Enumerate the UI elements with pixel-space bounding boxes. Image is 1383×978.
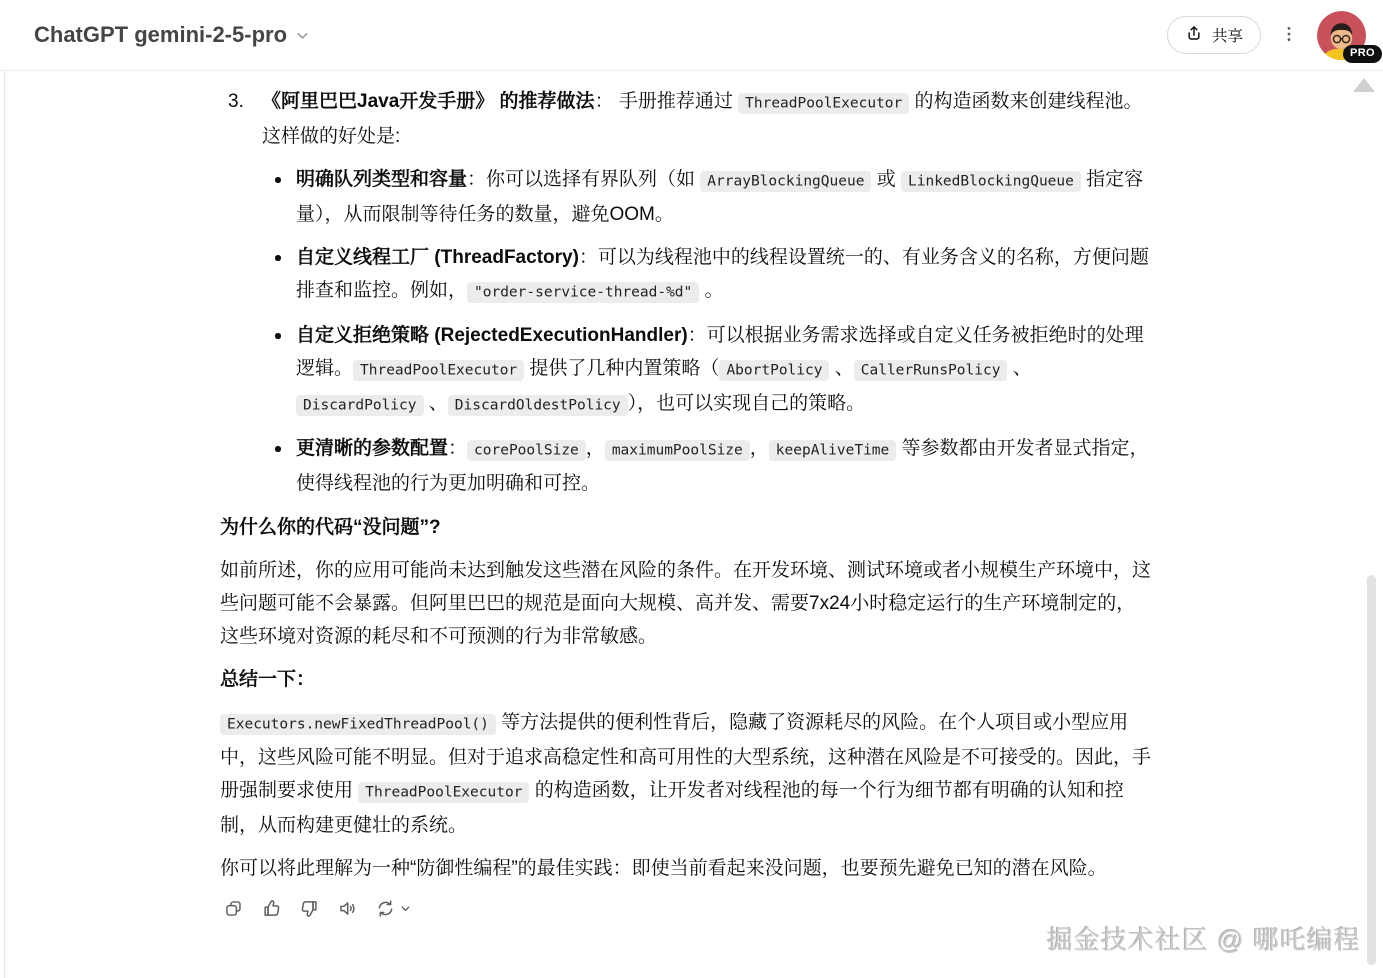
list-item-text: 《阿里巴巴Java开发手册》 的推荐做法： 手册推荐通过 ThreadPoolE… (262, 85, 1153, 153)
paragraph-summary: Executors.newFixedThreadPool() 等方法提供的便利性… (220, 706, 1153, 842)
watermark: 掘金技术社区 @ 哪吒编程 (1047, 920, 1361, 957)
bullet-list: 明确队列类型和容量：你可以选择有界队列（如 ArrayBlockingQueue… (220, 163, 1153, 500)
scroll-top-icon[interactable] (1353, 78, 1375, 92)
regenerate-icon (375, 898, 396, 922)
read-aloud-button[interactable] (337, 898, 358, 922)
good-response-button[interactable] (261, 898, 282, 922)
share-button[interactable]: 共享 (1167, 16, 1261, 54)
copy-icon (223, 898, 244, 922)
paragraph-why: 如前所述，你的应用可能尚未达到触发这些潜在风险的条件。在开发环境、测试环境或者小… (220, 554, 1153, 653)
regenerate-button[interactable] (375, 898, 412, 922)
scrollbar-thumb[interactable] (1367, 575, 1376, 965)
bullet-item-threadfactory: 自定义线程工厂 (ThreadFactory)：可以为线程池中的线程设置统一的、… (220, 241, 1153, 309)
share-label: 共享 (1212, 24, 1243, 46)
top-bar: ChatGPT gemini-2-5-pro 共享 (0, 0, 1383, 71)
header-actions: 共享 PRO (1167, 11, 1366, 60)
more-options-button[interactable] (1276, 16, 1302, 54)
thumbs-up-icon (261, 898, 282, 922)
thumbs-down-icon (299, 898, 320, 922)
window-left-edge (4, 0, 5, 978)
chevron-down-icon (399, 902, 412, 918)
paragraph-final: 你可以将此理解为一种“防御性编程”的最佳实践：即使当前看起来没问题，也要预先避免… (220, 852, 1153, 885)
assistant-message: 3. 《阿里巴巴Java开发手册》 的推荐做法： 手册推荐通过 ThreadPo… (220, 71, 1153, 922)
avatar[interactable]: PRO (1317, 11, 1366, 60)
heading-why-no-problem: 为什么你的代码“没问题”? (220, 511, 1153, 544)
list-number: 3. (220, 85, 262, 153)
page-title: ChatGPT gemini-2-5-pro (34, 22, 287, 48)
numbered-list-item-3: 3. 《阿里巴巴Java开发手册》 的推荐做法： 手册推荐通过 ThreadPo… (220, 85, 1153, 153)
read-aloud-icon (337, 898, 358, 922)
bad-response-button[interactable] (299, 898, 320, 922)
bullet-item-queue: 明确队列类型和容量：你可以选择有界队列（如 ArrayBlockingQueue… (220, 163, 1153, 231)
bullet-item-rejection-policy: 自定义拒绝策略 (RejectedExecutionHandler)：可以根据业… (220, 319, 1153, 422)
pro-badge: PRO (1343, 45, 1382, 62)
conversation-area: 3. 《阿里巴巴Java开发手册》 的推荐做法： 手册推荐通过 ThreadPo… (0, 71, 1383, 922)
copy-button[interactable] (223, 898, 244, 922)
bullet-item-params: 更清晰的参数配置：corePoolSize，maximumPoolSize，ke… (220, 432, 1153, 500)
heading-summary: 总结一下： (220, 663, 1153, 696)
kebab-menu-icon (1279, 24, 1299, 47)
share-upload-icon (1185, 24, 1203, 47)
chevron-down-icon (294, 24, 311, 50)
model-selector[interactable]: ChatGPT gemini-2-5-pro (34, 21, 311, 50)
message-action-bar (223, 898, 1153, 922)
